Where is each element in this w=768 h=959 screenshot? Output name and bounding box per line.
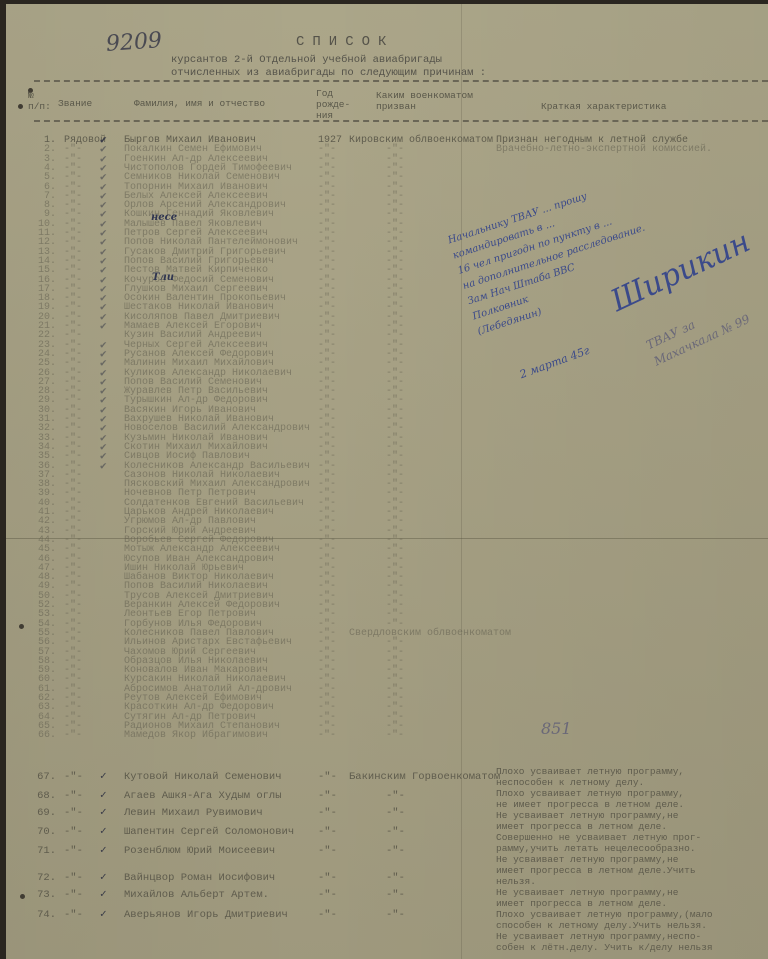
pencil-number: 851 [541, 719, 572, 738]
birth-year-cell: -"- [318, 771, 337, 783]
conscripted-by-cell: -"- [386, 807, 405, 819]
rank-cell: -"- [64, 730, 82, 742]
name-cell: Шапентин Сергей Соломонович [124, 826, 294, 838]
conscripted-by-cell: -"- [386, 730, 404, 742]
row-number: 70. [26, 826, 56, 838]
document-page: 9209 СПИСОК курсантов 2-й Отдельной учеб… [6, 4, 768, 959]
birth-year-cell: -"- [318, 889, 337, 901]
conscripted-by-cell: -"- [386, 790, 405, 802]
conscripted-by-cell: Бакинским Горвоенкоматом [349, 771, 500, 783]
check-mark-icon: ✓ [100, 790, 107, 802]
check-mark-icon: ✓ [100, 771, 107, 783]
name-cell: Кутовой Николай Семенович [124, 771, 282, 783]
check-mark-icon: ✓ [100, 889, 107, 901]
conscripted-by-cell: -"- [386, 826, 405, 838]
row-number: 69. [26, 807, 56, 819]
page-subtitle: курсантов 2-й Отдельной учебной авиабриг… [171, 54, 486, 80]
name-cell: Вайнцвор Роман Иосифович [124, 872, 275, 884]
row-number: 71. [26, 845, 56, 857]
rank-cell: -"- [64, 771, 83, 783]
table-row: 66.-"-Мамедов Якор Ибрагимович-"--"- [6, 730, 768, 742]
conscripted-by-cell: -"- [386, 909, 405, 921]
check-mark-icon: ✓ [100, 909, 107, 921]
birth-year-cell: -"- [318, 730, 336, 742]
col-header-rank: Звание [58, 98, 92, 109]
check-mark-icon: ✓ [100, 845, 107, 857]
rank-cell: -"- [64, 909, 83, 921]
birth-year-cell: -"- [318, 807, 337, 819]
subtitle-line: отчисленных из авиабригады по следующим … [171, 67, 486, 80]
check-mark-icon: ✓ [100, 826, 107, 838]
conscripted-by-cell: -"- [386, 872, 405, 884]
rank-cell: -"- [64, 845, 83, 857]
row-number: 67. [26, 771, 56, 783]
row-number: 73. [26, 889, 56, 901]
name-cell: Агаев Ашкя-Ага Худым оглы [124, 790, 282, 802]
col-header-reason: Краткая характеристика [541, 101, 666, 112]
rank-cell: -"- [64, 790, 83, 802]
rank-cell: -"- [64, 889, 83, 901]
page-title: СПИСОК [296, 34, 394, 50]
row-number: 74. [26, 909, 56, 921]
name-cell: Аверьянов Игорь Дмитриевич [124, 909, 288, 921]
rank-cell: -"- [64, 872, 83, 884]
name-cell: Левин Михаил Рувимович [124, 807, 263, 819]
conscripted-by-cell: -"- [386, 845, 405, 857]
col-header-num: № п/п: [28, 90, 51, 112]
header-rule [34, 120, 768, 122]
header-rule [34, 80, 768, 82]
rank-cell: -"- [64, 807, 83, 819]
punch-hole [18, 104, 23, 109]
check-mark-icon: ✓ [100, 807, 107, 819]
name-cell: Розенблюм Юрий Моисеевич [124, 845, 275, 857]
row-number: 66. [26, 730, 56, 742]
check-mark-icon: ✓ [100, 872, 107, 884]
birth-year-cell: -"- [318, 909, 337, 921]
reason-text-block: Плохо усваивает летную программу, неспос… [496, 766, 713, 953]
name-cell: Мамедов Якор Ибрагимович [124, 730, 268, 742]
birth-year-cell: -"- [318, 872, 337, 884]
row-number: 72. [26, 872, 56, 884]
birth-year-cell: -"- [318, 790, 337, 802]
row-number: 68. [26, 790, 56, 802]
col-header-conscripted: Каким военкоматом призван [376, 90, 473, 112]
birth-year-cell: -"- [318, 845, 337, 857]
margin-note: Тли [152, 272, 174, 283]
col-header-year: Год рожде- ния [316, 88, 350, 121]
birth-year-cell: -"- [318, 826, 337, 838]
col-header-name: Фамилия, имя и отчество [134, 98, 265, 109]
archive-number: 9209 [105, 28, 163, 57]
rank-cell: -"- [64, 826, 83, 838]
name-cell: Михайлов Альберт Артем. [124, 889, 269, 901]
margin-note: несе [151, 212, 177, 223]
subtitle-line: курсантов 2-й Отдельной учебной авиабриг… [171, 54, 486, 67]
conscripted-by-cell: -"- [386, 889, 405, 901]
